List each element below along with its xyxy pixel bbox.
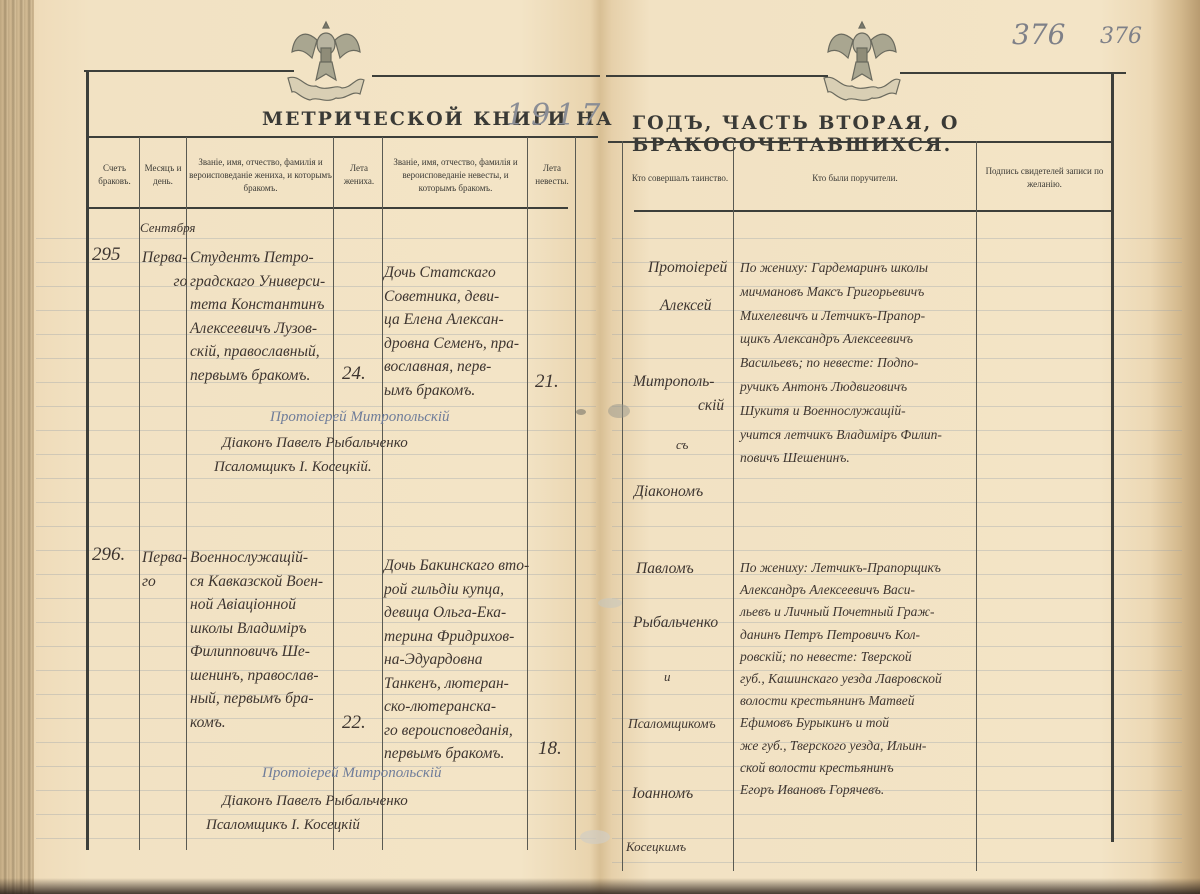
page-number-pencil: 376 — [1012, 18, 1065, 51]
record-bride: Дочь Бакинскаго вто- рой гильдіи купца, … — [384, 554, 529, 766]
header-officiant: Кто совершалъ таинство. — [630, 148, 730, 208]
officiant-line: Косецкимъ — [626, 835, 686, 859]
record-groom: Студентъ Петро- градскаго Универси- тета… — [190, 246, 325, 387]
col-divider — [382, 137, 383, 850]
register-year: 1917 — [506, 98, 606, 133]
frame-left-border — [86, 70, 89, 850]
record-day: Перва- го — [142, 246, 187, 293]
binding-thread — [598, 598, 622, 608]
officiant-line: Іоанномъ — [632, 782, 693, 806]
record-groom-age: 22. — [342, 711, 366, 735]
record-number: 296. — [92, 543, 125, 567]
header-marriage-number: Счетъ браковъ. — [90, 145, 139, 205]
record-number: 295 — [92, 243, 121, 267]
record-bride-age: 21. — [535, 370, 559, 394]
binding-thread — [576, 409, 586, 415]
header-top-rule-left — [88, 136, 598, 138]
record-bride: Дочь Статскаго Советника, деви- ца Елена… — [384, 261, 519, 402]
officiant-line: Рыбальченко — [633, 611, 718, 635]
record-bride-age: 18. — [538, 737, 562, 761]
signature-psalmist: Псаломщикъ І. Косецкій — [206, 814, 360, 838]
page-number-pencil-secondary: 376 — [1100, 24, 1142, 49]
officiant-line: Павломъ — [636, 557, 694, 581]
officiant-line: Псаломщикомъ — [628, 712, 716, 736]
header-bride: Званіе, имя, отчество, фамилія и вероисп… — [384, 145, 527, 205]
frame-top-left — [84, 70, 294, 72]
guarantors-record-295: По жениху: Гардемаринъ школы мичмановъ М… — [740, 256, 942, 470]
binding-thread — [608, 404, 630, 418]
col-divider — [186, 137, 187, 850]
guarantors-record-296: По жениху: Летчикъ-Прапорщикъ Александръ… — [740, 557, 942, 801]
book-bottom-edge — [0, 878, 1200, 894]
header-groom: Званіе, имя, отчество, фамилія и вероисп… — [188, 145, 333, 205]
col-divider — [733, 141, 734, 871]
officiant-line: Діакономъ — [634, 480, 703, 504]
officiant-line: и — [664, 665, 671, 689]
page-stack-edge-left — [0, 0, 34, 894]
col-divider — [333, 137, 334, 850]
col-divider — [575, 137, 576, 850]
officiant-line: скій — [698, 394, 724, 418]
frame-top-right — [606, 75, 828, 77]
signature-psalmist: Псаломщикъ І. Косецкій. — [214, 456, 372, 480]
header-bottom-rule-right — [634, 210, 1112, 212]
signature-deacon: Діаконъ Павелъ Рыбальченко — [222, 790, 408, 814]
header-bride-age: Лета невесты. — [529, 145, 575, 205]
col-divider — [622, 141, 623, 871]
header-witness-signature: Подпись свидетелей записи по желанію. — [978, 148, 1111, 208]
header-bottom-rule-left — [88, 207, 568, 209]
double-headed-eagle-icon — [822, 18, 902, 108]
signature-priest: Протоіерей Митропольскій — [262, 762, 442, 786]
frame-top-left-2 — [372, 75, 600, 77]
header-guarantors: Кто были поручители. — [735, 148, 975, 208]
frame-right-border — [1111, 72, 1114, 842]
open-register-book: 376 376 МЕТРИЧЕСКОЙ КНИГИ НА 1917 ГОДЪ, … — [0, 0, 1200, 894]
record-day: Перва- го — [142, 546, 187, 593]
frame-top-right-2 — [900, 72, 1126, 74]
double-headed-eagle-icon — [286, 18, 366, 108]
officiant-line: Митрополь- — [633, 370, 714, 394]
binding-thread — [580, 830, 610, 844]
officiant-line: съ — [676, 433, 688, 457]
signature-deacon: Діаконъ Павелъ Рыбальченко — [222, 432, 408, 456]
record-groom-age: 24. — [342, 362, 366, 386]
record-groom: Военнослужащій- ся Кавказской Воен- ной … — [190, 546, 323, 734]
col-divider — [976, 141, 977, 871]
signature-priest: Протоіерей Митропольскій — [270, 406, 450, 430]
officiant-line: Протоіерей — [648, 256, 727, 280]
col-divider — [139, 137, 140, 850]
officiant-line: Алексей — [660, 294, 711, 318]
record-month: Сентября — [140, 216, 195, 240]
header-groom-age: Лета жениха. — [336, 145, 382, 205]
header-month-day: Месяцъ и день. — [140, 145, 186, 205]
